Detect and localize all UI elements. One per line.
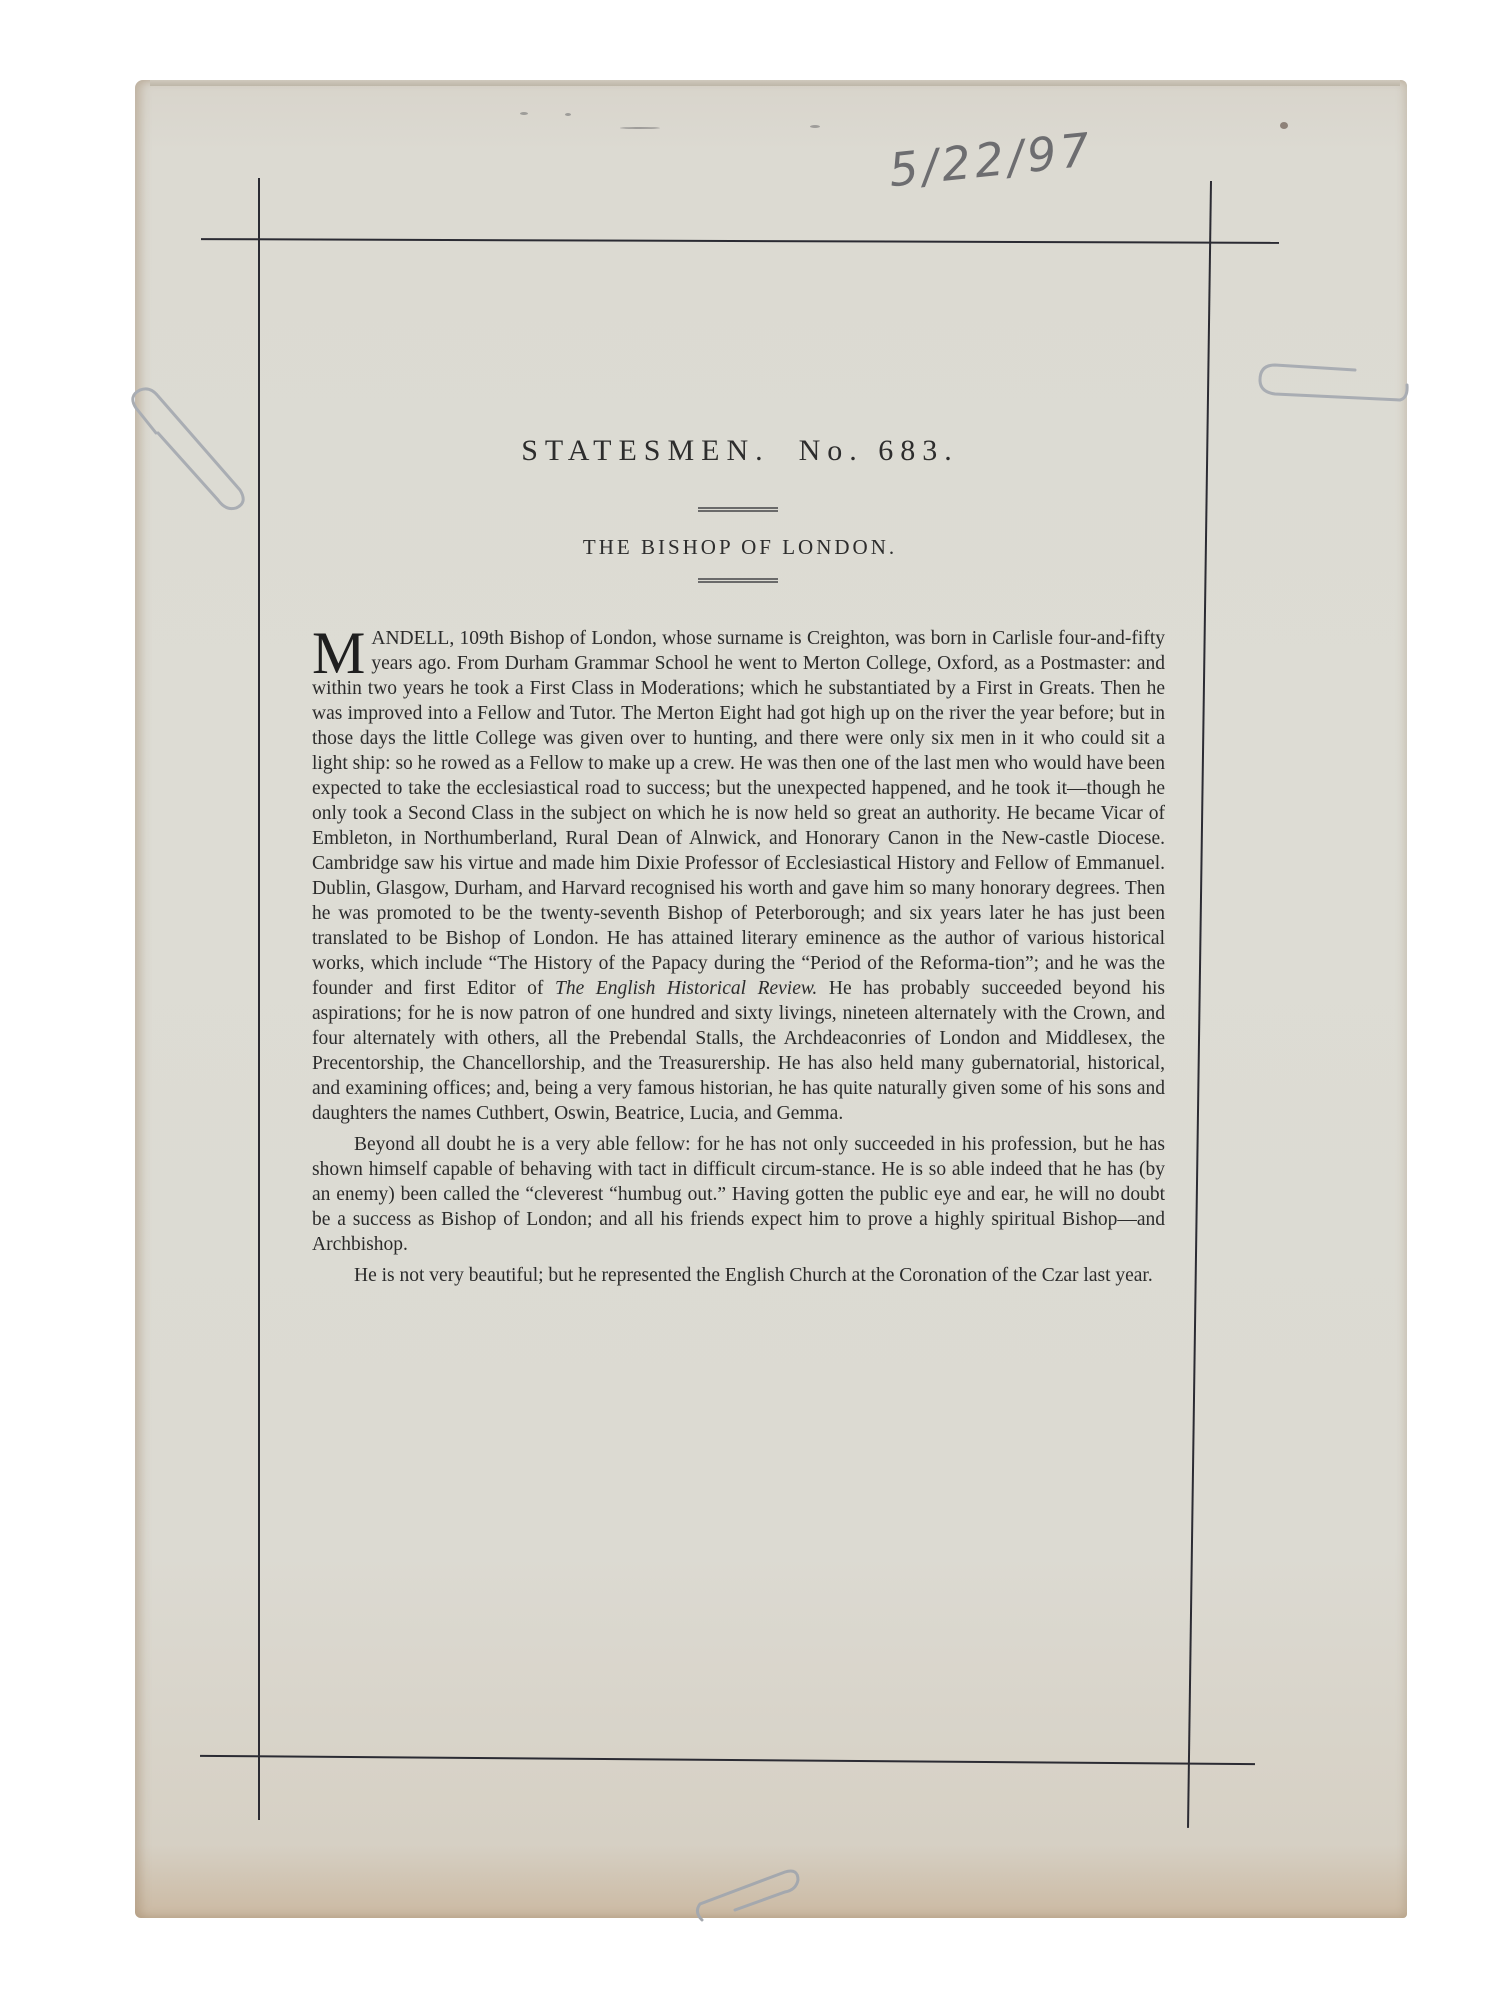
journal-title-italic: The English Historical Review.: [555, 978, 817, 999]
article-body: MANDELL, 109th Bishop of London, whose s…: [312, 626, 1165, 1294]
paperclip-left-icon: [128, 378, 258, 513]
article-subtitle: THE BISHOP OF LONDON.: [420, 535, 1060, 560]
frame-left-rule: [258, 178, 260, 1820]
paperclip-bottom-icon: [690, 1862, 810, 1927]
paragraph-1-text-a: ANDELL, 109th Bishop of London, whose su…: [312, 628, 1165, 999]
ink-smudge: [810, 125, 820, 128]
paragraph-1: MANDELL, 109th Bishop of London, whose s…: [312, 626, 1165, 1126]
handwritten-date: 5/22/97: [886, 127, 1053, 223]
drop-cap: M: [312, 630, 365, 676]
paperclip-right-icon: [1255, 360, 1415, 415]
title-divider-bottom: [698, 578, 778, 583]
ink-smudge: [620, 127, 660, 129]
page-title: STATESMEN. No. 683.: [420, 434, 1060, 468]
ink-spot: [1280, 122, 1288, 129]
paper-top-edge: [150, 80, 1400, 86]
title-divider-top: [698, 507, 778, 512]
paragraph-3: He is not very beautiful; but he represe…: [312, 1263, 1165, 1288]
ink-smudge: [565, 113, 571, 116]
paragraph-2: Beyond all doubt he is a very able fello…: [312, 1132, 1165, 1257]
ink-smudge: [520, 112, 528, 115]
paragraph-1-text-b: He has probably succeeded beyond his asp…: [312, 978, 1165, 1124]
